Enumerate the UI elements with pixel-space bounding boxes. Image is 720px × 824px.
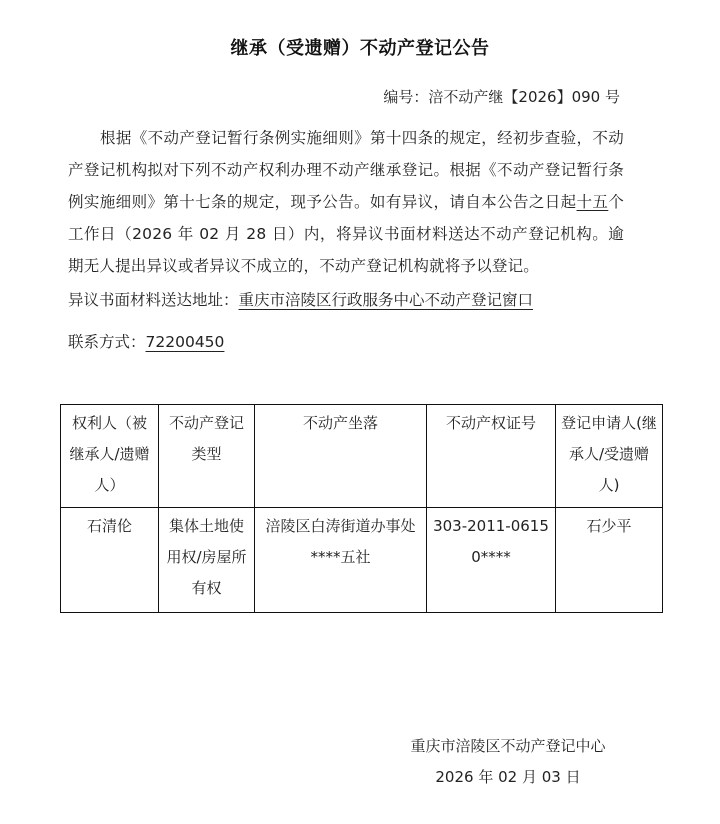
objection-address-value: 重庆市涪陵区行政服务中心不动产登记窗口 xyxy=(239,291,534,309)
cell-certificate-no: 303-2011-06150**** xyxy=(427,508,556,613)
paragraph-text-part1: 根据《不动产登记暂行条例实施细则》第十四条的规定，经初步查验，不动产登记机构拟对… xyxy=(68,129,624,211)
header-location: 不动产坐落 xyxy=(255,405,427,508)
notice-body-paragraph: 根据《不动产登记暂行条例实施细则》第十四条的规定，经初步查验，不动产登记机构拟对… xyxy=(68,122,624,282)
contact-phone: 72200450 xyxy=(146,333,225,351)
cell-registration-type: 集体土地使用权/房屋所有权 xyxy=(159,508,255,613)
notice-title: 继承（受遗赠）不动产登记公告 xyxy=(0,34,720,60)
objection-address-line: 异议书面材料送达地址：重庆市涪陵区行政服务中心不动产登记窗口 xyxy=(68,288,533,310)
objection-period-days: 十五 xyxy=(577,193,609,211)
header-right-holder: 权利人（被继承人/遗赠人） xyxy=(61,405,159,508)
table-row: 石清伦 集体土地使用权/房屋所有权 涪陵区白涛街道办事处****五社 303-2… xyxy=(61,508,663,613)
issuing-organization: 重庆市涪陵区不动产登记中心 xyxy=(390,735,626,756)
property-table: 权利人（被继承人/遗赠人） 不动产登记类型 不动产坐落 不动产权证号 登记申请人… xyxy=(60,404,663,613)
contact-line: 联系方式：72200450 xyxy=(68,330,224,352)
objection-address-label: 异议书面材料送达地址： xyxy=(68,291,239,309)
cell-right-holder: 石清伦 xyxy=(61,508,159,613)
header-applicant: 登记申请人(继承人/受遗赠人) xyxy=(556,405,663,508)
cell-applicant: 石少平 xyxy=(556,508,663,613)
contact-label: 联系方式： xyxy=(68,333,146,351)
header-certificate-no: 不动产权证号 xyxy=(427,405,556,508)
header-registration-type: 不动产登记类型 xyxy=(159,405,255,508)
document-number: 编号：涪不动产继【2026】090 号 xyxy=(383,86,620,107)
issue-date: 2026 年 02 月 03 日 xyxy=(390,766,626,787)
cell-location: 涪陵区白涛街道办事处****五社 xyxy=(255,508,427,613)
table-header-row: 权利人（被继承人/遗赠人） 不动产登记类型 不动产坐落 不动产权证号 登记申请人… xyxy=(61,405,663,508)
